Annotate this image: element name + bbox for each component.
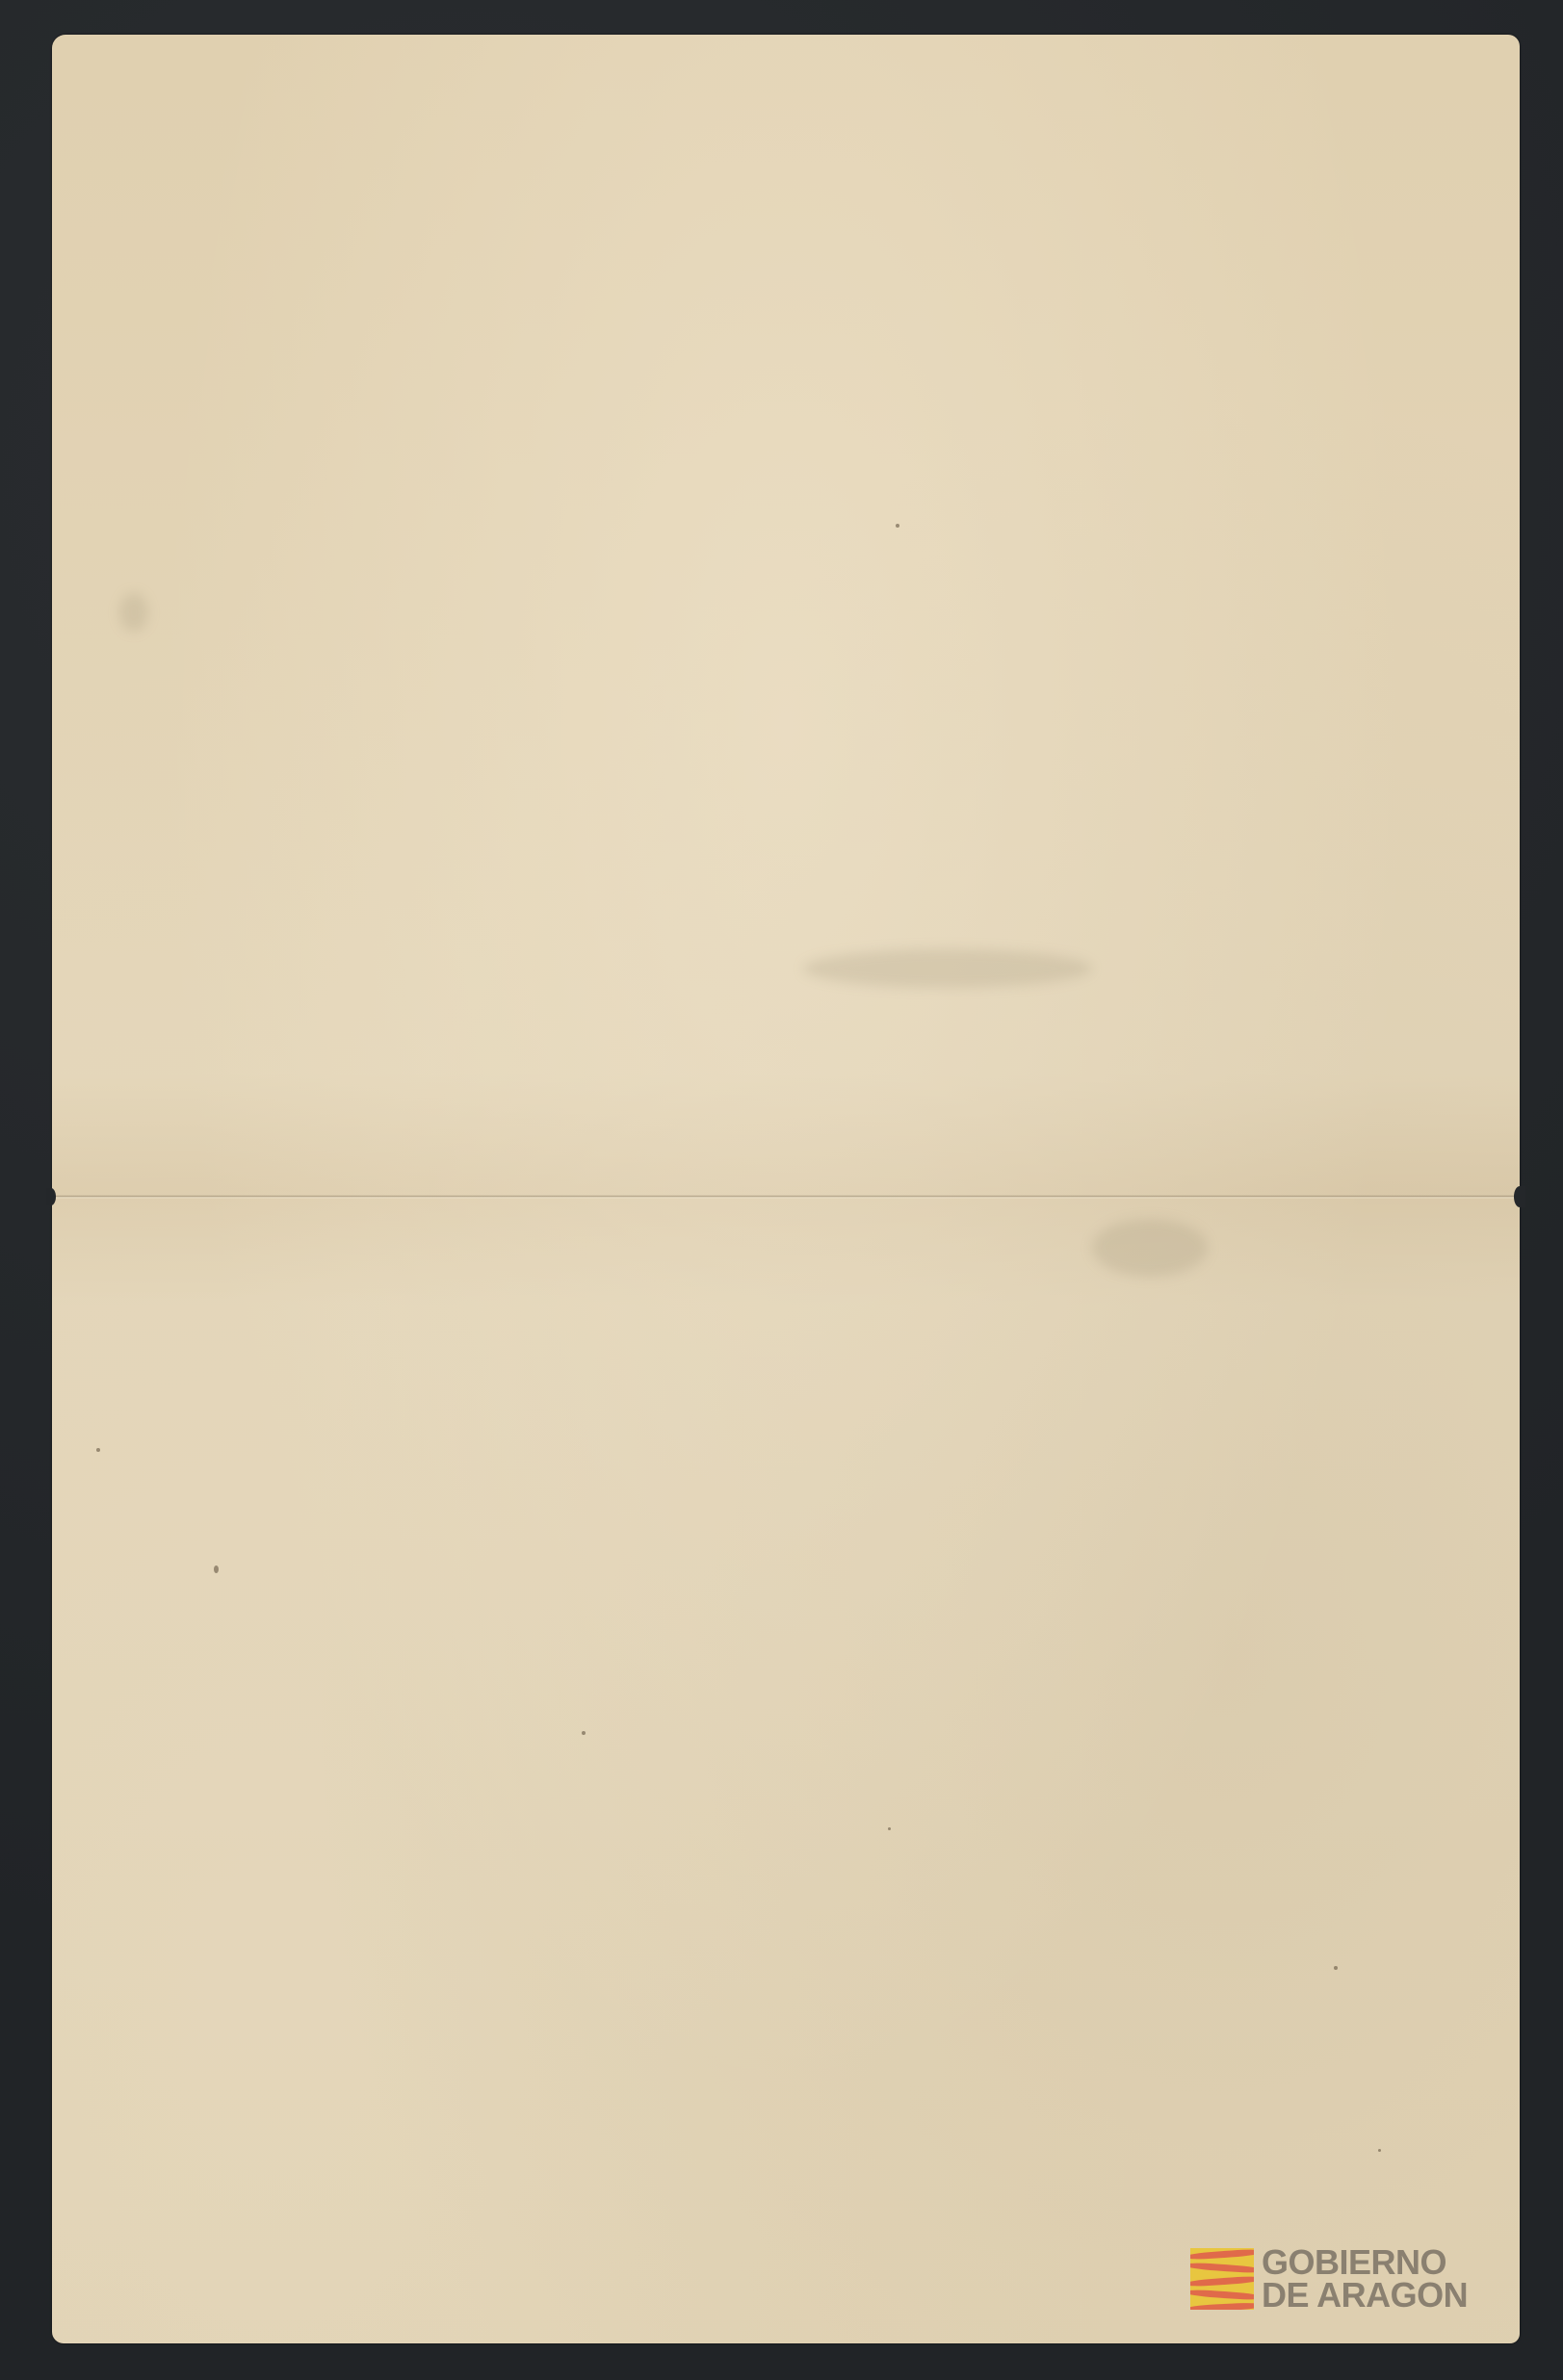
stain xyxy=(803,949,1092,988)
speck xyxy=(1378,2149,1381,2152)
watermark-line-1: GOBIERNO xyxy=(1262,2246,1468,2279)
speck xyxy=(96,1448,100,1452)
gobierno-de-aragon-watermark: GOBIERNO DE ARAGON xyxy=(1190,2246,1468,2312)
paper-sheet xyxy=(52,35,1520,2343)
speck xyxy=(896,524,899,528)
speck xyxy=(582,1731,586,1735)
watermark-line-2: DE ARAGON xyxy=(1262,2279,1468,2312)
speck xyxy=(1334,1966,1338,1970)
speck xyxy=(214,1565,219,1573)
fold-notch-left xyxy=(46,1188,56,1205)
fold-notch-right xyxy=(1514,1186,1525,1207)
stain xyxy=(119,593,148,632)
fold-line xyxy=(52,1195,1520,1199)
stain xyxy=(1092,1219,1208,1277)
speck xyxy=(888,1827,891,1830)
aragon-flag-icon xyxy=(1190,2248,1254,2310)
